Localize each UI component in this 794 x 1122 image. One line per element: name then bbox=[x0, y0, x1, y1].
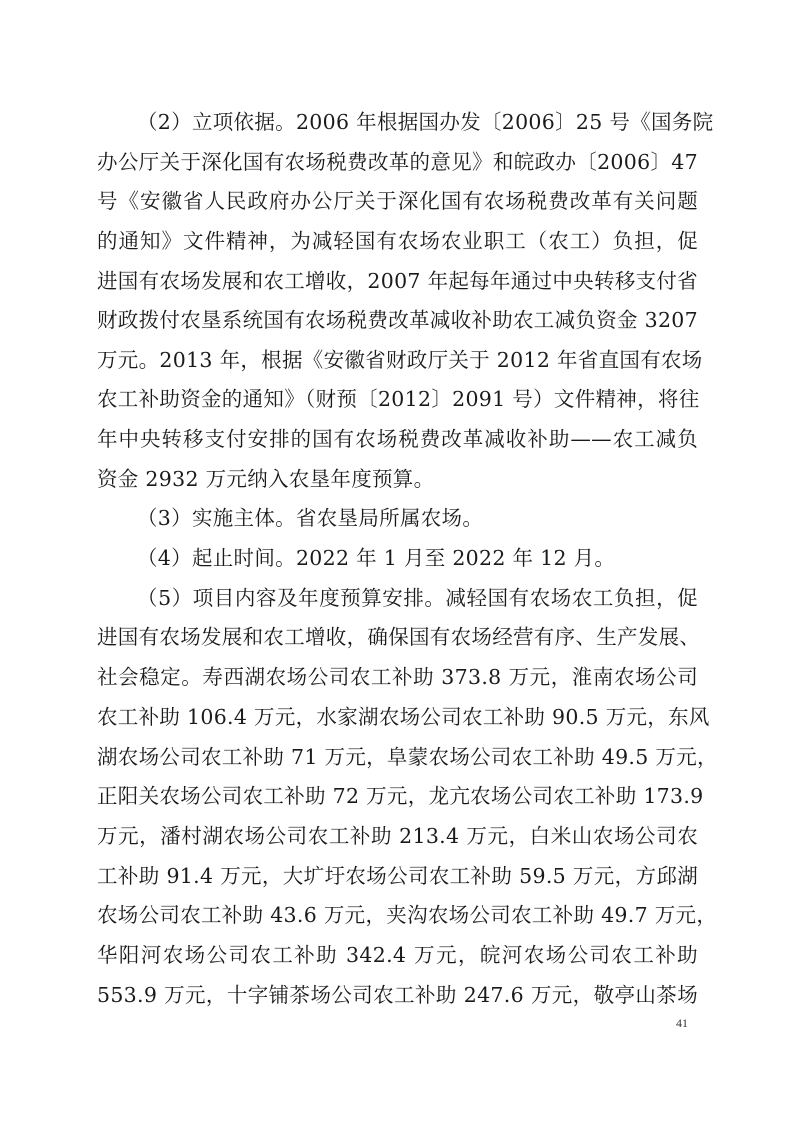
paragraph-line: 湖农场公司农工补助 71 万元，阜蒙农场公司农工补助 49.5 万元， bbox=[97, 737, 698, 777]
paragraph-line: 财政拨付农垦系统国有农场税费改革减收补助农工减负资金 3207 bbox=[97, 300, 698, 340]
paragraph-line: 工补助 91.4 万元，大圹圩农场公司农工补助 59.5 万元，方邱湖 bbox=[97, 856, 698, 896]
paragraph-line: 农场公司农工补助 43.6 万元，夹沟农场公司农工补助 49.7 万元， bbox=[97, 895, 698, 935]
paragraph-line: 正阳关农场公司农工补助 72 万元，龙亢农场公司农工补助 173.9 bbox=[97, 776, 698, 816]
paragraph-line: 号《安徽省人民政府办公厅关于深化国有农场税费改革有关问题 bbox=[97, 181, 698, 221]
paragraph-line: 553.9 万元，十字铺茶场公司农工补助 247.6 万元，敬亭山茶场 bbox=[97, 975, 698, 1015]
paragraph-line: 资金 2932 万元纳入农垦年度预算。 bbox=[97, 459, 698, 499]
paragraph-line: 办公厅关于深化国有农场税费改革的意见》和皖政办〔2006〕47 bbox=[97, 142, 698, 182]
paragraph-line: （2）立项依据。2006 年根据国办发〔2006〕25 号《国务院 bbox=[137, 102, 698, 142]
paragraph-line: 年中央转移支付安排的国有农场税费改革减收补助——农工减负 bbox=[97, 419, 698, 459]
paragraph-line: 华阳河农场公司农工补助 342.4 万元，皖河农场公司农工补助 bbox=[97, 935, 698, 975]
paragraph-line: 的通知》文件精神，为减轻国有农场农业职工（农工）负担，促 bbox=[97, 221, 698, 261]
page-number: 41 bbox=[676, 1016, 688, 1031]
paragraph-line: 万元，潘村湖农场公司农工补助 213.4 万元，白米山农场公司农 bbox=[97, 816, 698, 856]
paragraph-line: 农工补助 106.4 万元，水家湖农场公司农工补助 90.5 万元，东风 bbox=[97, 697, 698, 737]
paragraph-line: 进国有农场发展和农工增收，2007 年起每年通过中央转移支付省 bbox=[97, 261, 698, 301]
paragraph-line: 农工补助资金的通知》（财预〔2012〕2091 号）文件精神，将往 bbox=[97, 379, 698, 419]
paragraph-line: 进国有农场发展和农工增收，确保国有农场经营有序、生产发展、 bbox=[97, 617, 698, 657]
paragraph-line: 社会稳定。寿西湖农场公司农工补助 373.8 万元，淮南农场公司 bbox=[97, 657, 698, 697]
paragraph-line: （3）实施主体。省农垦局所属农场。 bbox=[137, 498, 698, 538]
paragraph-line: （5）项目内容及年度预算安排。减轻国有农场农工负担，促 bbox=[137, 578, 698, 618]
paragraph-line: 万元。2013 年，根据《安徽省财政厅关于 2012 年省直国有农场 bbox=[97, 340, 698, 380]
paragraph-line: （4）起止时间。2022 年 1 月至 2022 年 12 月。 bbox=[137, 538, 698, 578]
document-page: （2）立项依据。2006 年根据国办发〔2006〕25 号《国务院 办公厅关于深… bbox=[0, 0, 794, 1122]
